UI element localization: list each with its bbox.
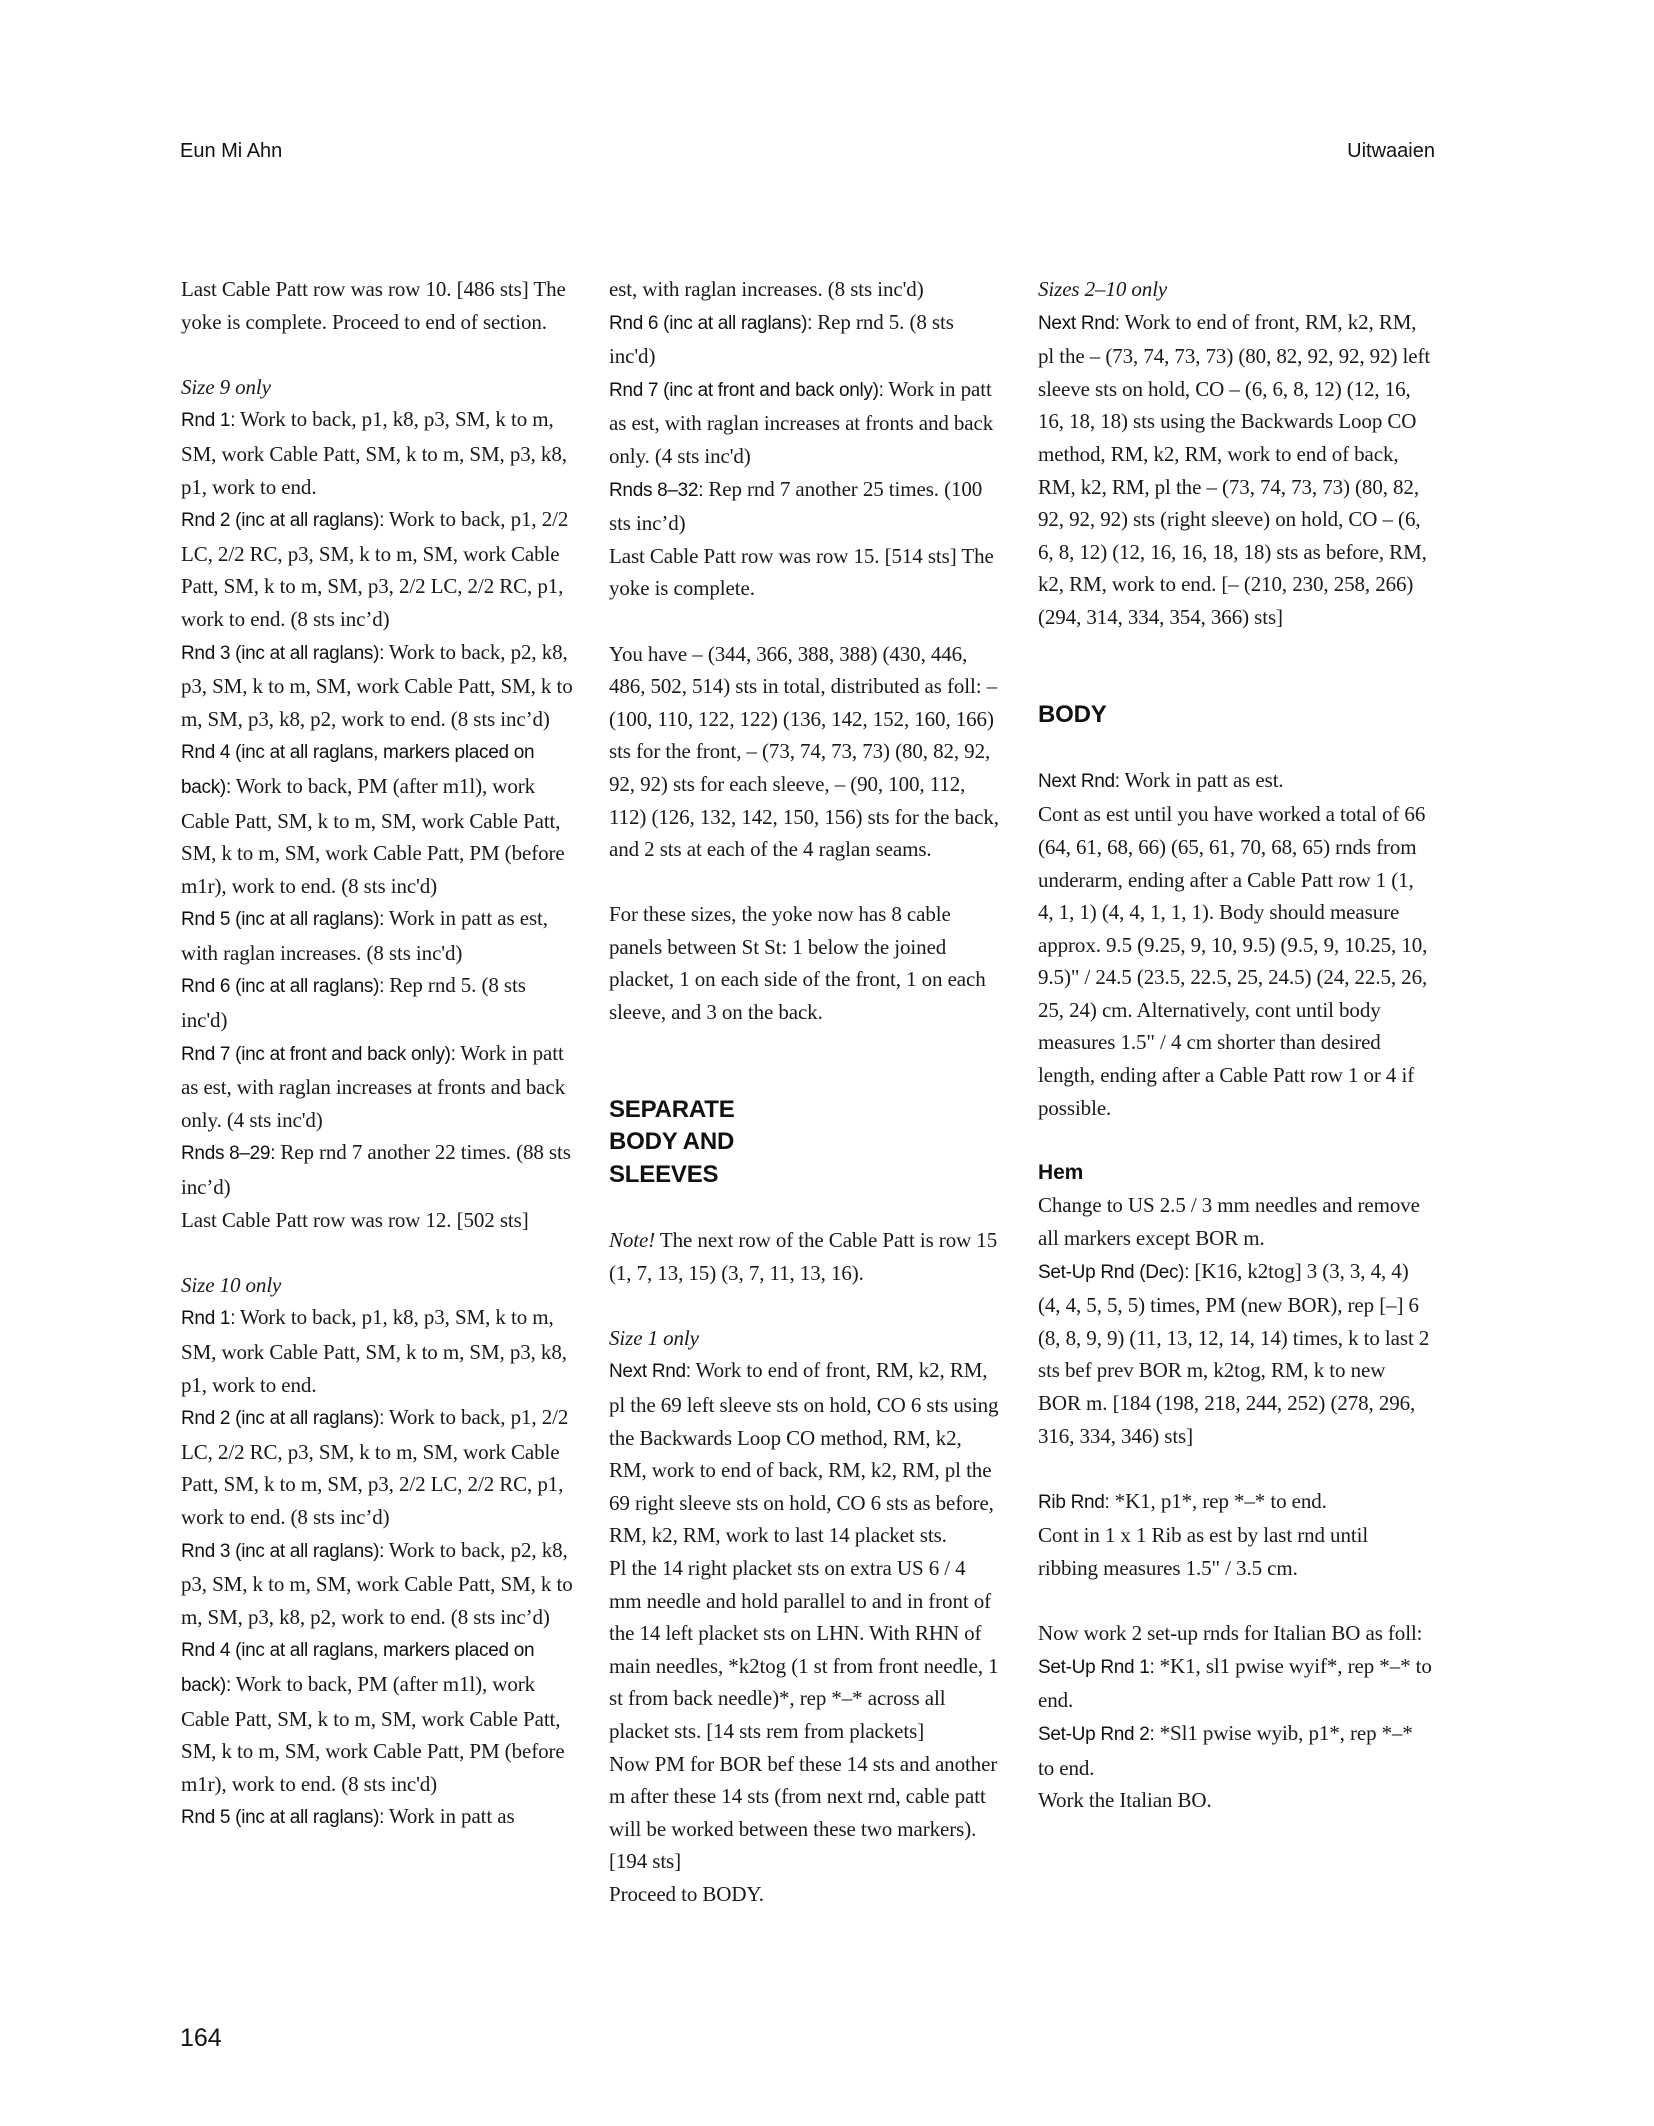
round-label: Next Rnd: bbox=[609, 1361, 691, 1382]
round-label: Rnd 6 (inc at all raglans): bbox=[181, 976, 384, 997]
instruction-paragraph: Rnd 7 (inc at front and back only): Work… bbox=[181, 1037, 575, 1137]
instruction-text: Cont in 1 x 1 Rib as est by last rnd unt… bbox=[1038, 1523, 1368, 1580]
section-heading: BODY bbox=[1038, 699, 1432, 732]
round-label: Next Rnd: bbox=[1038, 313, 1120, 334]
round-label: Rnd 1: bbox=[181, 410, 235, 431]
instruction-paragraph: Rnd 7 (inc at front and back only): Work… bbox=[609, 373, 1003, 473]
round-label: Rnd 5 (inc at all raglans): bbox=[181, 909, 384, 930]
instruction-paragraph: Next Rnd: Work to end of front, RM, k2, … bbox=[1038, 306, 1432, 634]
round-label: Rnds 8–32: bbox=[609, 480, 703, 501]
instruction-paragraph: Now work 2 set-up rnds for Italian BO as… bbox=[1038, 1617, 1432, 1650]
round-label: Set-Up Rnd (Dec): bbox=[1038, 1262, 1189, 1283]
instruction-text: Work to back, PM (after m1l), work Cable… bbox=[181, 1672, 565, 1796]
instruction-text: You have – (344, 366, 388, 388) (430, 44… bbox=[609, 642, 999, 862]
instruction-text: est, with raglan increases. (8 sts inc'd… bbox=[609, 277, 924, 301]
spacer bbox=[609, 866, 1003, 899]
instruction-text: Work to end of front, RM, k2, RM, pl the… bbox=[1038, 310, 1430, 629]
spacer bbox=[1038, 634, 1432, 699]
instruction-paragraph: Rnd 5 (inc at all raglans): Work in patt… bbox=[181, 902, 575, 969]
instruction-paragraph: Rnd 3 (inc at all raglans): Work to back… bbox=[181, 636, 575, 736]
instruction-text: Change to US 2.5 / 3 mm needles and remo… bbox=[1038, 1193, 1420, 1250]
instruction-text: Work in patt as est. bbox=[1120, 768, 1284, 792]
spacer bbox=[181, 338, 575, 371]
spacer bbox=[181, 1236, 575, 1269]
instruction-text: [K16, k2tog] 3 (3, 3, 4, 4) (4, 4, 5, 5,… bbox=[1038, 1259, 1429, 1448]
size-subheading: Size 10 only bbox=[181, 1269, 575, 1302]
column-3: Sizes 2–10 onlyNext Rnd: Work to end of … bbox=[1038, 273, 1432, 1817]
instruction-paragraph: Change to US 2.5 / 3 mm needles and remo… bbox=[1038, 1189, 1432, 1254]
instruction-paragraph: Last Cable Patt row was row 10. [486 sts… bbox=[181, 273, 575, 338]
round-label: Next Rnd: bbox=[1038, 771, 1120, 792]
round-label: Rnd 7 (inc at front and back only): bbox=[181, 1044, 456, 1065]
instruction-text: Last Cable Patt row was row 15. [514 sts… bbox=[609, 544, 994, 601]
note-label: Note! bbox=[609, 1228, 655, 1252]
instruction-paragraph: Rnds 8–32: Rep rnd 7 another 25 times. (… bbox=[609, 473, 1003, 540]
instruction-text: Work to back, PM (after m1l), work Cable… bbox=[181, 774, 565, 898]
instruction-paragraph: Rnds 8–29: Rep rnd 7 another 22 times. (… bbox=[181, 1136, 575, 1203]
instruction-paragraph: Next Rnd: Work to end of front, RM, k2, … bbox=[609, 1354, 1003, 1552]
instruction-paragraph: est, with raglan increases. (8 sts inc'd… bbox=[609, 273, 1003, 306]
column-2: est, with raglan increases. (8 sts inc'd… bbox=[609, 273, 1003, 1911]
round-label: Rnd 2 (inc at all raglans): bbox=[181, 1408, 384, 1429]
instruction-paragraph: Rnd 2 (inc at all raglans): Work to back… bbox=[181, 503, 575, 635]
round-label: Set-Up Rnd 1: bbox=[1038, 1657, 1155, 1678]
round-label: Rnd 7 (inc at front and back only): bbox=[609, 380, 884, 401]
instruction-paragraph: Rnd 4 (inc at all raglans, markers place… bbox=[181, 1633, 575, 1800]
spacer bbox=[1038, 1452, 1432, 1485]
round-label: Rnd 3 (inc at all raglans): bbox=[181, 1541, 384, 1562]
spacer bbox=[609, 1289, 1003, 1322]
page-number: 164 bbox=[180, 2024, 222, 2053]
instruction-paragraph: Rnd 6 (inc at all raglans): Rep rnd 5. (… bbox=[609, 306, 1003, 373]
instruction-paragraph: Set-Up Rnd 2: *Sl1 pwise wyib, p1*, rep … bbox=[1038, 1717, 1432, 1784]
instruction-text: *K1, p1*, rep *–* to end. bbox=[1110, 1489, 1327, 1513]
instruction-paragraph: Rnd 1: Work to back, p1, k8, p3, SM, k t… bbox=[181, 403, 575, 503]
instruction-text: Now work 2 set-up rnds for Italian BO as… bbox=[1038, 1621, 1422, 1645]
instruction-text: Now PM for BOR bef these 14 sts and anot… bbox=[609, 1752, 997, 1874]
instruction-paragraph: Last Cable Patt row was row 15. [514 sts… bbox=[609, 540, 1003, 605]
instruction-paragraph: Rnd 1: Work to back, p1, k8, p3, SM, k t… bbox=[181, 1301, 575, 1401]
instruction-paragraph: You have – (344, 366, 388, 388) (430, 44… bbox=[609, 638, 1003, 866]
column-1: Last Cable Patt row was row 10. [486 sts… bbox=[181, 273, 575, 1835]
round-label: Rnd 3 (inc at all raglans): bbox=[181, 643, 384, 664]
instruction-text: Proceed to BODY. bbox=[609, 1882, 764, 1906]
instruction-paragraph: Next Rnd: Work in patt as est. bbox=[1038, 764, 1432, 799]
instruction-paragraph: Last Cable Patt row was row 12. [502 sts… bbox=[181, 1204, 575, 1237]
round-label: Rnds 8–29: bbox=[181, 1143, 275, 1164]
instruction-paragraph: Now PM for BOR bef these 14 sts and anot… bbox=[609, 1748, 1003, 1878]
instruction-paragraph: Rnd 3 (inc at all raglans): Work to back… bbox=[181, 1534, 575, 1634]
section-heading: SEPARATE BODY AND SLEEVES bbox=[609, 1094, 809, 1192]
spacer bbox=[609, 1029, 1003, 1094]
running-head-author: Eun Mi Ahn bbox=[180, 140, 282, 163]
round-label: Set-Up Rnd 2: bbox=[1038, 1724, 1155, 1745]
spacer bbox=[1038, 731, 1432, 764]
size-subheading: Size 1 only bbox=[609, 1322, 1003, 1355]
spacer bbox=[1038, 1124, 1432, 1157]
instruction-paragraph: Set-Up Rnd (Dec): [K16, k2tog] 3 (3, 3, … bbox=[1038, 1255, 1432, 1453]
instruction-text: Work to back, p1, k8, p3, SM, k to m, SM… bbox=[181, 1305, 567, 1396]
subsection-heading: Hem bbox=[1038, 1157, 1432, 1190]
round-label: Rnd 5 (inc at all raglans): bbox=[181, 1807, 384, 1828]
instruction-paragraph: Rnd 4 (inc at all raglans, markers place… bbox=[181, 735, 575, 902]
instruction-paragraph: Set-Up Rnd 1: *K1, sl1 pwise wyif*, rep … bbox=[1038, 1650, 1432, 1717]
instruction-paragraph: Proceed to BODY. bbox=[609, 1878, 1003, 1911]
round-label: Rnd 1: bbox=[181, 1308, 235, 1329]
instruction-paragraph: Cont in 1 x 1 Rib as est by last rnd unt… bbox=[1038, 1519, 1432, 1584]
instruction-paragraph: Pl the 14 right placket sts on extra US … bbox=[609, 1552, 1003, 1748]
instruction-text: Work the Italian BO. bbox=[1038, 1788, 1212, 1812]
instruction-text: Last Cable Patt row was row 10. [486 sts… bbox=[181, 277, 566, 334]
spacer bbox=[609, 1191, 1003, 1224]
instruction-text: Work in patt as bbox=[384, 1804, 514, 1828]
spacer bbox=[1038, 1585, 1432, 1618]
instruction-paragraph: Work the Italian BO. bbox=[1038, 1784, 1432, 1817]
instruction-text: Last Cable Patt row was row 12. [502 sts… bbox=[181, 1208, 529, 1232]
instruction-text: Work to back, p1, k8, p3, SM, k to m, SM… bbox=[181, 407, 567, 498]
round-label: Rib Rnd: bbox=[1038, 1492, 1110, 1513]
instruction-paragraph: Rnd 6 (inc at all raglans): Rep rnd 5. (… bbox=[181, 969, 575, 1036]
instruction-text: For these sizes, the yoke now has 8 cabl… bbox=[609, 902, 986, 1024]
instruction-paragraph: Note! The next row of the Cable Patt is … bbox=[609, 1224, 1003, 1289]
instruction-paragraph: Rib Rnd: *K1, p1*, rep *–* to end. bbox=[1038, 1485, 1432, 1520]
instruction-paragraph: For these sizes, the yoke now has 8 cabl… bbox=[609, 898, 1003, 1028]
round-label: Rnd 6 (inc at all raglans): bbox=[609, 313, 812, 334]
running-head-title: Uitwaaien bbox=[1347, 140, 1435, 163]
instruction-paragraph: Cont as est until you have worked a tota… bbox=[1038, 798, 1432, 1124]
instruction-text: Pl the 14 right placket sts on extra US … bbox=[609, 1556, 999, 1743]
size-subheading: Size 9 only bbox=[181, 371, 575, 404]
instruction-text: The next row of the Cable Patt is row 15… bbox=[609, 1228, 997, 1285]
instruction-paragraph: Rnd 2 (inc at all raglans): Work to back… bbox=[181, 1401, 575, 1533]
instruction-text: Cont as est until you have worked a tota… bbox=[1038, 802, 1427, 1119]
instruction-paragraph: Rnd 5 (inc at all raglans): Work in patt… bbox=[181, 1800, 575, 1835]
size-subheading: Sizes 2–10 only bbox=[1038, 273, 1432, 306]
instruction-text: Work to end of front, RM, k2, RM, pl the… bbox=[609, 1358, 998, 1547]
round-label: Rnd 2 (inc at all raglans): bbox=[181, 510, 384, 531]
spacer bbox=[609, 605, 1003, 638]
